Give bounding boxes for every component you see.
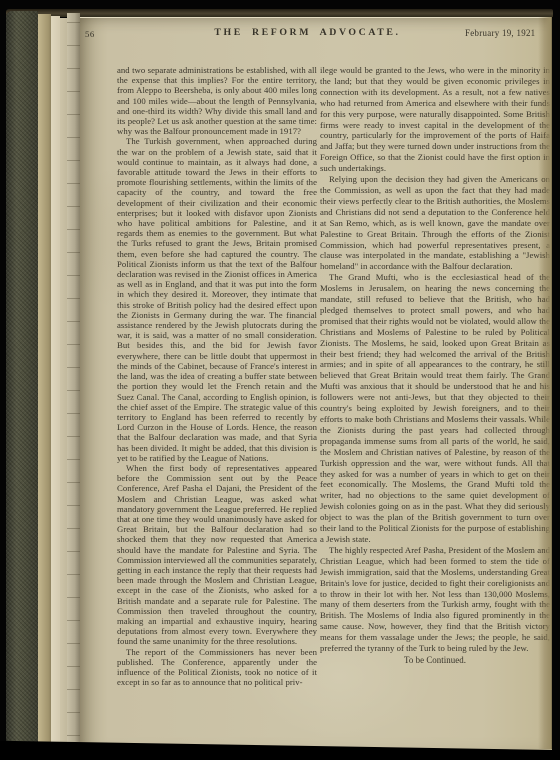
article-paragraph: The Grand Mufti, who is the ecclesiastic…	[320, 272, 550, 545]
page-number: 56	[85, 29, 95, 39]
text-column-right: ilege would be granted to the Jews, who …	[320, 65, 550, 666]
article-paragraph: Relying upon the decision they had given…	[320, 174, 550, 272]
magazine-page: 56 THE REFORM ADVOCATE. February 19, 192…	[80, 17, 552, 750]
issue-date: February 19, 1921	[465, 28, 535, 38]
to-be-continued-note: To be Continued.	[320, 655, 550, 666]
page-curve-shadow	[538, 17, 552, 749]
article-paragraph: The highly respected Aref Pasha, Preside…	[320, 545, 550, 654]
page-stack-edge-cream	[51, 16, 60, 750]
page-stack-edge-tan	[38, 14, 51, 751]
photo-backdrop-bottom	[0, 734, 560, 760]
article-paragraph: The report of the Commissioners has neve…	[117, 647, 317, 688]
masthead-title: THE REFORM ADVOCATE.	[195, 27, 420, 38]
article-paragraph: When the first body of representatives a…	[117, 463, 317, 647]
photographed-book-page: 56 THE REFORM ADVOCATE. February 19, 192…	[0, 0, 560, 760]
article-paragraph: and two separate administrations be esta…	[117, 65, 317, 136]
page-stack-edge-cream-2	[60, 18, 67, 750]
article-paragraph: The Turkish government, when approached …	[117, 136, 317, 463]
article-paragraph: ilege would be granted to the Jews, who …	[320, 65, 550, 174]
text-column-left: and two separate administrations be esta…	[117, 65, 317, 687]
page-stack-edge-speckled	[67, 13, 80, 752]
book-cover-top-edge	[6, 9, 553, 17]
book-cover-spine	[6, 11, 38, 753]
